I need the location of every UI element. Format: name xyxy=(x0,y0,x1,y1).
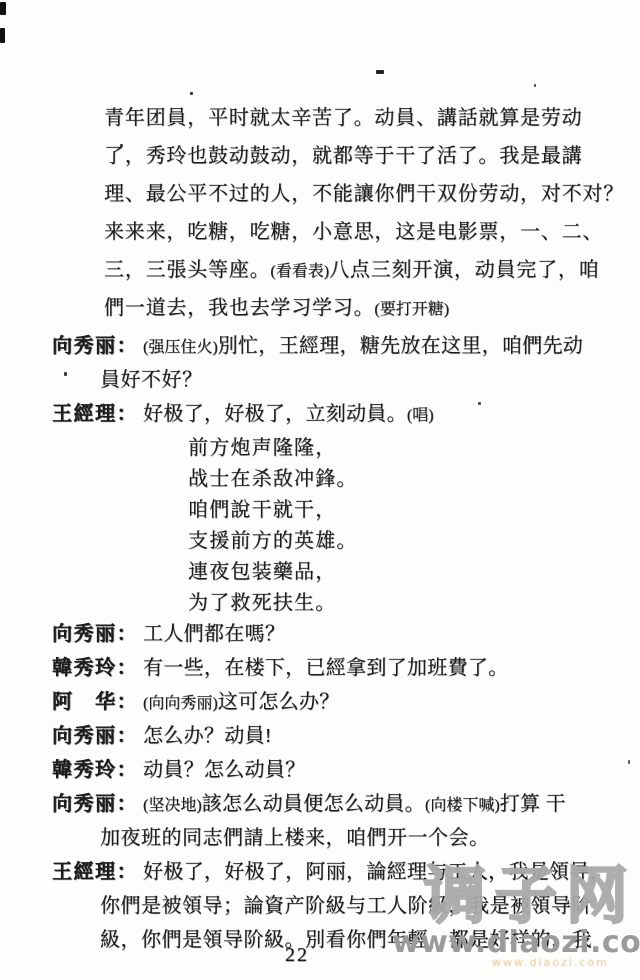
text-line: 向秀丽：(强压住火)別忙，王經理，糖先放在这里，咱們先动 xyxy=(52,334,640,368)
scan-speck xyxy=(0,2,6,15)
text-line: 咱們說干就干， xyxy=(188,498,640,529)
speaker-name: 向秀丽： xyxy=(52,793,138,815)
text-line: 向秀丽：(坚决地)該怎么动員便怎么动員。(向楼下喊)打算 干 xyxy=(52,792,640,826)
text-line: 加夜班的同志們請上楼来，咱們开一个会。 xyxy=(100,826,640,860)
stage-direction: (唱) xyxy=(407,407,434,424)
text-line: 来来来，吃糖，吃糖，小意思，这是电影票，一、二、 xyxy=(104,220,640,258)
text-line: 韓秀玲：动員？怎么动員？ xyxy=(52,758,640,792)
stage-direction: (看看表) xyxy=(270,263,329,280)
speaker-name: 阿 华： xyxy=(52,691,138,713)
text-line: 王經理：好极了，好极了，立刻动員。(唱) xyxy=(52,402,640,436)
text-line: 支援前方的英雄。 xyxy=(188,529,640,560)
scan-speck xyxy=(0,28,5,43)
text-line: 向秀丽：怎么办？动員! xyxy=(52,724,640,758)
text-line: 战士在杀敌冲鋒。 xyxy=(188,467,640,498)
speaker-name: 向秀丽： xyxy=(52,725,138,747)
page-number: 22 xyxy=(262,944,332,967)
text-line: 为了救死扶生。 xyxy=(188,591,640,622)
text-lines: 青年团員，平时就太辛苦了。动員、講話就算是劳动了，秀玲也鼓动鼓动，就都等于干了活… xyxy=(0,106,640,962)
speaker-name: 向秀丽： xyxy=(52,623,138,645)
text-line: 了，秀玲也鼓动鼓动，就都等于干了活了。我是最講 xyxy=(104,144,640,182)
watermark-logo: 调子网 xyxy=(424,866,637,928)
scan-speck xyxy=(534,84,536,87)
stage-direction: (向楼下喊) xyxy=(425,797,500,814)
speaker-name: 王經理： xyxy=(52,403,138,425)
text-line: 青年团員，平时就太辛苦了。动員、講話就算是劳动 xyxy=(104,106,640,144)
text-line: 們一道去，我也去学习学习。(要打开糖) xyxy=(104,296,640,334)
stage-direction: (强压住火) xyxy=(143,339,218,356)
text-line: 員好不好？ xyxy=(100,368,640,402)
text-line: 韓秀玲：有一些，在楼下，已經拿到了加班費了。 xyxy=(52,656,640,690)
stage-direction: (向向秀丽) xyxy=(143,695,218,712)
scan-speck xyxy=(190,92,193,95)
text-line: 三，三張头等座。(看看表)八点三刻开演，动員完了，咱 xyxy=(104,258,640,296)
stage-direction: (要打开糖) xyxy=(374,301,449,318)
watermark-url: www.diaozi.com xyxy=(392,928,640,958)
speaker-name: 韓秀玲： xyxy=(52,759,138,781)
text-line: 連夜包装藥品， xyxy=(188,560,640,591)
text-line: 前方炮声隆隆， xyxy=(188,436,640,467)
text-line: 理、最公平不过的人，不能讓你們干双份劳动，对不对？ xyxy=(104,182,640,220)
speaker-name: 王經理： xyxy=(52,861,138,883)
text-line: 阿 华：(向向秀丽)这可怎么办？ xyxy=(52,690,640,724)
text-line: 向秀丽：工人們都在嗎？ xyxy=(52,622,640,656)
speaker-name: 向秀丽： xyxy=(52,335,138,357)
stage-direction: (坚决地) xyxy=(143,797,202,814)
scan-speck xyxy=(376,70,384,74)
scanned-page: { "page": { "number": "22", "ink_color":… xyxy=(0,0,640,980)
speaker-name: 韓秀玲： xyxy=(52,657,138,679)
